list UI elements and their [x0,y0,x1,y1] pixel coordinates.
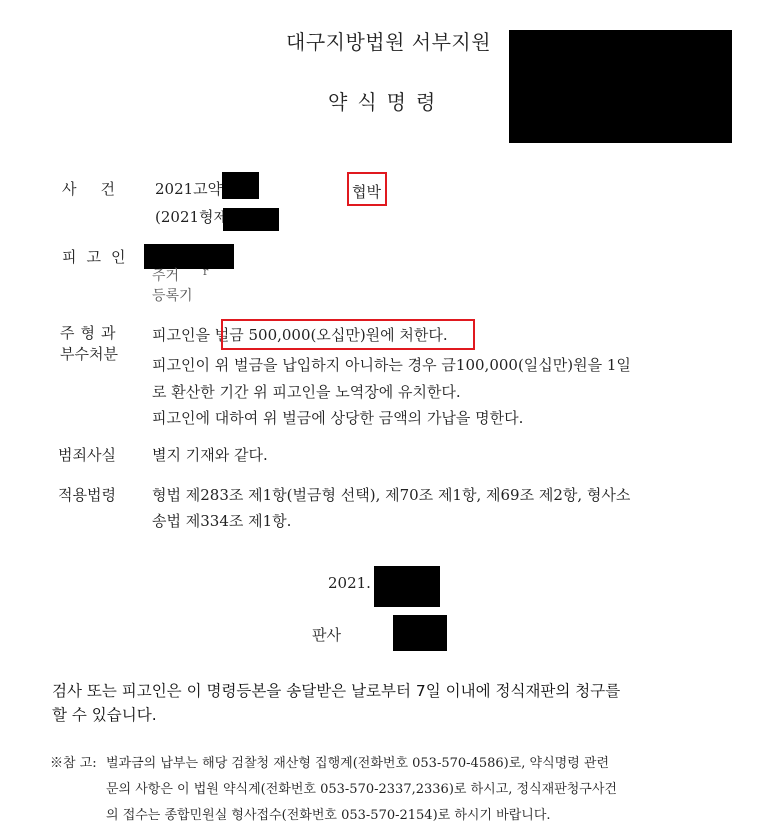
laws-line-2: 송법 제334조 제1항. [152,510,291,531]
sentence-line-4: 피고인에 대하여 위 벌금에 상당한 금액의 가납을 명한다. [152,407,523,428]
facts-label: 범죄사실 [58,444,116,465]
fine-highlight-box [221,319,475,350]
judge-label: 판사 [312,624,341,645]
registration-label-partial: 등록기 [152,285,193,305]
facts-text: 별지 기재와 같다. [152,444,268,465]
laws-line-1: 형법 제283조 제1항(벌금형 선택), 제70조 제1항, 제69조 제2항… [152,484,630,505]
appeal-notice-line-1: 검사 또는 피고인은 이 명령등본을 송달받은 날로부터 7일 이내에 정식재판… [52,679,620,701]
case-label: 사건 [62,178,139,199]
appeal-notice-line-2: 할 수 있습니다. [52,703,157,725]
laws-label: 적용법령 [58,484,116,505]
sentence-line-3: 로 환산한 기간 위 피고인을 노역장에 유치한다. [152,381,461,402]
sentence-label-line2: 부수처분 [60,343,118,364]
date-prefix: 2021. [328,574,371,592]
reference-label: ※참 고: [50,752,97,771]
sentence-line-2: 피고인이 위 벌금을 납입하지 아니하는 경우 금100,000(일십만)원을 … [152,354,631,375]
redaction-date [374,566,440,607]
sentence-line-1-prefix: 피고인을 [152,326,215,344]
reference-line-1: 벌과금의 납부는 해당 검찰청 재산형 집행계(전화번호 053-570-458… [106,752,609,771]
related-number: (2021형제 [155,206,228,227]
document-title: 약식명령 [328,86,445,115]
address-fragment: r [203,265,208,278]
case-number: 2021고약 [155,178,222,199]
redaction-case-number [222,172,259,199]
defendant-label: 피고인 [62,246,135,267]
redaction-related-number [223,208,279,231]
court-name: 대구지방법원 서부지원 [286,26,491,55]
address-label-partial: 주거 [152,265,179,285]
charge-highlight-box [347,172,387,206]
reference-line-3: 의 접수는 종합민원실 형사접수(전화번호 053-570-2154)로 하시기… [106,804,551,823]
sentence-label-line1: 주형과 [60,322,121,343]
redaction-block-header [509,30,732,143]
redaction-judge-name [393,615,447,651]
reference-line-2: 문의 사항은 이 법원 약식계(전화번호 053-570-2337,2336)로… [106,778,617,797]
